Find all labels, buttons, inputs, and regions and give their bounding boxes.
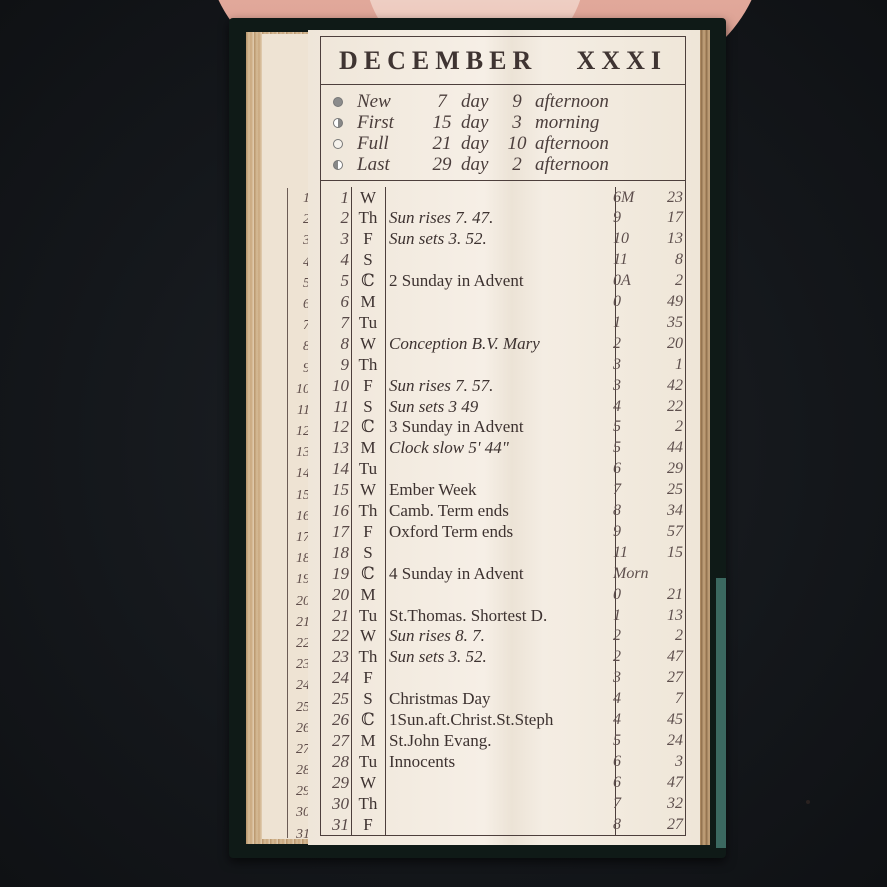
moon-minute: 27	[651, 669, 683, 687]
calendar-row: 25SChristmas Day47	[321, 689, 685, 710]
day-number: 15	[321, 480, 351, 500]
event-text: 3 Sunday in Advent	[385, 417, 609, 437]
moon-hour: 2	[609, 648, 651, 666]
day-number: 30	[321, 794, 351, 814]
day-number: 27	[321, 731, 351, 751]
calendar-row: 1W6M23	[321, 187, 685, 208]
moon-minute: 13	[651, 607, 683, 625]
calendar-row: 10FSun rises 7. 57.342	[321, 375, 685, 396]
calendar-row: 27MSt.John Evang.524	[321, 730, 685, 751]
day-number: 8	[321, 334, 351, 354]
calendar-row: 5ℂ2 Sunday in Advent0A2	[321, 271, 685, 292]
day-number: 28	[321, 752, 351, 772]
event-text: Oxford Term ends	[385, 522, 609, 542]
moon-minute: 47	[651, 648, 683, 666]
day-number: 21	[321, 606, 351, 626]
weekday: Tu	[351, 459, 385, 479]
page-title: DECEMBER XXXI	[321, 37, 685, 85]
moon-hour: 3	[609, 356, 651, 374]
event-text: St.Thomas. Shortest D.	[385, 606, 609, 626]
phase-period: afternoon	[535, 133, 685, 155]
moon-hour: 5	[609, 439, 651, 457]
calendar-table: 1W6M232ThSun rises 7. 47.9173FSun sets 3…	[321, 187, 685, 835]
moon-hour: 5	[609, 418, 651, 436]
calendar-row: 24F327	[321, 668, 685, 689]
ink-speck	[806, 800, 810, 804]
calendar-row: 6M049	[321, 292, 685, 313]
day-number: 5	[321, 271, 351, 291]
moon-hour: 5	[609, 732, 651, 750]
moon-hour: 11	[609, 544, 651, 562]
phase-hour: 10	[499, 133, 535, 155]
moon-minute: 47	[651, 774, 683, 792]
moon-minute: 57	[651, 523, 683, 541]
day-number: 16	[321, 501, 351, 521]
moon-hour: 4	[609, 398, 651, 416]
phase-hour: 2	[499, 154, 535, 176]
page-frame: DECEMBER XXXI New7day9afternoonFirst15da…	[320, 36, 686, 836]
moon-minute: 29	[651, 460, 683, 478]
day-number: 18	[321, 543, 351, 563]
event-text: Sun rises 7. 47.	[385, 208, 609, 228]
moon-hour: 1	[609, 314, 651, 332]
day-number: 6	[321, 292, 351, 312]
day-number: 20	[321, 585, 351, 605]
day-number: 23	[321, 647, 351, 667]
weekday: S	[351, 250, 385, 270]
day-number: 2	[321, 208, 351, 228]
calendar-row: 31F827	[321, 814, 685, 835]
event-text: Sun rises 8. 7.	[385, 626, 609, 646]
moon-hour: 0	[609, 586, 651, 604]
moon-phases: New7day9afternoonFirst15day3morningFull2…	[321, 85, 685, 181]
weekday: S	[351, 689, 385, 709]
calendar-row: 28TuInnocents63	[321, 751, 685, 772]
event-text: 4 Sunday in Advent	[385, 564, 609, 584]
calendar-row: 3FSun sets 3. 52.1013	[321, 229, 685, 250]
weekday: ℂ	[351, 417, 385, 437]
moon-minute: 49	[651, 293, 683, 311]
event-text: Sun sets 3 49	[385, 397, 609, 417]
day-number: 17	[321, 522, 351, 542]
day-label: day	[461, 154, 499, 176]
day-number: 1	[321, 188, 351, 208]
calendar-row: 13MClock slow 5' 44"544	[321, 438, 685, 459]
phase-name: First	[357, 112, 423, 134]
moon-minute: 2	[651, 418, 683, 436]
day-number: 4	[321, 250, 351, 270]
day-number: 3	[321, 229, 351, 249]
weekday: M	[351, 438, 385, 458]
moon-minute: 44	[651, 439, 683, 457]
day-number: 22	[321, 626, 351, 646]
day-number: 10	[321, 376, 351, 396]
moon-hour: 6	[609, 753, 651, 771]
weekday: ℂ	[351, 271, 385, 291]
full-moon-icon	[333, 139, 343, 149]
calendar-row: 4S118	[321, 250, 685, 271]
weekday: F	[351, 376, 385, 396]
phase-day: 15	[423, 112, 461, 134]
calendar-row: 20M021	[321, 584, 685, 605]
phase-name: Last	[357, 154, 423, 176]
calendar-row: 22WSun rises 8. 7.22	[321, 626, 685, 647]
days-in-month: XXXI	[577, 46, 667, 76]
moon-hour: 2	[609, 627, 651, 645]
phase-hour: 3	[499, 112, 535, 134]
event-text: Ember Week	[385, 480, 609, 500]
calendar-row: 23ThSun sets 3. 52.247	[321, 647, 685, 668]
moon-hour: 9	[609, 209, 651, 227]
moon-hour: 4	[609, 711, 651, 729]
moon-minute: 34	[651, 502, 683, 520]
weekday: F	[351, 668, 385, 688]
weekday: ℂ	[351, 564, 385, 584]
weekday: Tu	[351, 752, 385, 772]
event-text: Sun rises 7. 57.	[385, 376, 609, 396]
day-number: 9	[321, 355, 351, 375]
weekday: W	[351, 773, 385, 793]
day-number: 24	[321, 668, 351, 688]
day-number: 14	[321, 459, 351, 479]
moon-phase-row: Last29day2afternoon	[321, 154, 685, 175]
month-name: DECEMBER	[339, 46, 537, 76]
phase-day: 21	[423, 133, 461, 155]
weekday: Th	[351, 794, 385, 814]
weekday: F	[351, 229, 385, 249]
event-text: Innocents	[385, 752, 609, 772]
calendar-row: 30Th732	[321, 793, 685, 814]
moon-minute: 32	[651, 795, 683, 813]
phase-period: morning	[535, 112, 685, 134]
event-text: Sun sets 3. 52.	[385, 647, 609, 667]
day-number: 7	[321, 313, 351, 333]
moon-phase-row: First15day3morning	[321, 112, 685, 133]
weekday: M	[351, 292, 385, 312]
weekday: S	[351, 543, 385, 563]
first-quarter-moon-icon	[333, 118, 343, 128]
moon-minute: 45	[651, 711, 683, 729]
calendar-row: 7Tu135	[321, 312, 685, 333]
day-number: 13	[321, 438, 351, 458]
moon-phase-row: Full21day10afternoon	[321, 133, 685, 154]
weekday: M	[351, 585, 385, 605]
day-number: 29	[321, 773, 351, 793]
calendar-row: 14Tu629	[321, 459, 685, 480]
phase-period: afternoon	[535, 91, 685, 113]
moon-minute: 23	[651, 189, 683, 207]
weekday: F	[351, 815, 385, 835]
calendar-row: 8WConception B.V. Mary220	[321, 333, 685, 354]
day-label: day	[461, 91, 499, 113]
moon-minute: 35	[651, 314, 683, 332]
day-label: day	[461, 133, 499, 155]
moon-hour: 1	[609, 607, 651, 625]
moon-minute: 24	[651, 732, 683, 750]
phase-name: New	[357, 91, 423, 113]
calendar-row: 2ThSun rises 7. 47.917	[321, 208, 685, 229]
weekday: Th	[351, 208, 385, 228]
day-number: 31	[321, 815, 351, 835]
moon-minute: 7	[651, 690, 683, 708]
moon-minute: 17	[651, 209, 683, 227]
moon-hour: 7	[609, 481, 651, 499]
moon-hour: 3	[609, 669, 651, 687]
phase-day: 29	[423, 154, 461, 176]
event-text: Clock slow 5' 44"	[385, 438, 609, 458]
weekday: M	[351, 731, 385, 751]
day-number: 12	[321, 417, 351, 437]
phase-day: 7	[423, 91, 461, 113]
moon-hour: 0	[609, 293, 651, 311]
weekday: W	[351, 188, 385, 208]
moon-minute: 42	[651, 377, 683, 395]
calendar-row: 18S1115	[321, 542, 685, 563]
event-text: 2 Sunday in Advent	[385, 271, 609, 291]
event-text: Christmas Day	[385, 689, 609, 709]
moon-hour: 9	[609, 523, 651, 541]
calendar-row: 12ℂ3 Sunday in Advent52	[321, 417, 685, 438]
event-text: Conception B.V. Mary	[385, 334, 609, 354]
moon-minute: 8	[651, 251, 683, 269]
moon-hour: 3	[609, 377, 651, 395]
moon-hour: 11	[609, 251, 651, 269]
moon-hour: 0A	[609, 272, 651, 290]
weekday: W	[351, 334, 385, 354]
calendar-row: 17FOxford Term ends957	[321, 521, 685, 542]
moon-hour: 8	[609, 502, 651, 520]
calendar-row: 16ThCamb. Term ends834	[321, 501, 685, 522]
moon-minute: 25	[651, 481, 683, 499]
weekday: W	[351, 480, 385, 500]
moon-hour: 8	[609, 816, 651, 834]
moon-hour: 7	[609, 795, 651, 813]
calendar-row: 19ℂ4 Sunday in AdventMorn	[321, 563, 685, 584]
phase-name: Full	[357, 133, 423, 155]
new-moon-icon	[333, 97, 343, 107]
weekday: Th	[351, 647, 385, 667]
weekday: Tu	[351, 606, 385, 626]
calendar-row: 9Th31	[321, 354, 685, 375]
moon-minute: 22	[651, 398, 683, 416]
weekday: W	[351, 626, 385, 646]
phase-period: afternoon	[535, 154, 685, 176]
moon-hour: 6	[609, 774, 651, 792]
phase-hour: 9	[499, 91, 535, 113]
event-text: Sun sets 3. 52.	[385, 229, 609, 249]
calendar-row: 15WEmber Week725	[321, 480, 685, 501]
moon-minute: 3	[651, 753, 683, 771]
weekday: F	[351, 522, 385, 542]
moon-minute: 2	[651, 272, 683, 290]
weekday: Tu	[351, 313, 385, 333]
almanac-page: DECEMBER XXXI New7day9afternoonFirst15da…	[308, 30, 700, 845]
moon-hour: 10	[609, 230, 651, 248]
cover-edge-wear	[716, 578, 726, 848]
day-number: 11	[321, 397, 351, 417]
day-number: 25	[321, 689, 351, 709]
event-text: Camb. Term ends	[385, 501, 609, 521]
moon-minute: 27	[651, 816, 683, 834]
moon-hour: 6	[609, 460, 651, 478]
moon-minute: 21	[651, 586, 683, 604]
day-number: 26	[321, 710, 351, 730]
day-number: 19	[321, 564, 351, 584]
calendar-row: 21TuSt.Thomas. Shortest D.113	[321, 605, 685, 626]
moon-hour: Morn	[609, 565, 651, 583]
moon-minute: 15	[651, 544, 683, 562]
weekday: Th	[351, 355, 385, 375]
calendar-row: 29W647	[321, 772, 685, 793]
moon-hour: 2	[609, 335, 651, 353]
weekday: S	[351, 397, 385, 417]
last-quarter-moon-icon	[333, 160, 343, 170]
calendar-row: 26ℂ1Sun.aft.Christ.St.Steph445	[321, 710, 685, 731]
moon-phase-row: New7day9afternoon	[321, 91, 685, 112]
event-text: St.John Evang.	[385, 731, 609, 751]
calendar-row: 11SSun sets 3 49422	[321, 396, 685, 417]
moon-minute: 20	[651, 335, 683, 353]
moon-hour: 4	[609, 690, 651, 708]
day-label: day	[461, 112, 499, 134]
weekday: ℂ	[351, 710, 385, 730]
moon-minute: 13	[651, 230, 683, 248]
moon-minute: 1	[651, 356, 683, 374]
weekday: Th	[351, 501, 385, 521]
moon-hour: 6M	[609, 189, 651, 207]
moon-minute: 2	[651, 627, 683, 645]
event-text: 1Sun.aft.Christ.St.Steph	[385, 710, 609, 730]
